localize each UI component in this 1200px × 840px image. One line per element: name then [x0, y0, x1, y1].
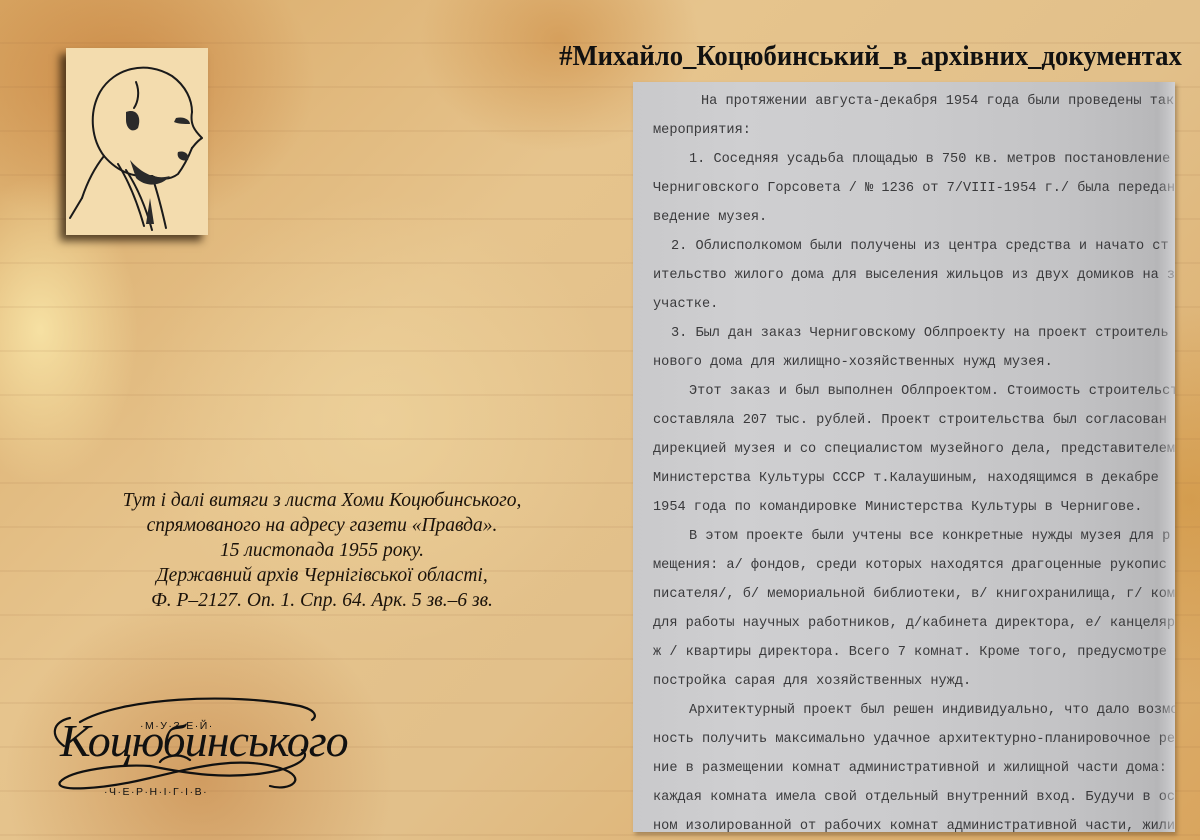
- document-line: ж / квартиры директора. Всего 7 комнат. …: [653, 643, 1175, 672]
- document-line: ном изолированной от рабочих комнат адми…: [653, 817, 1175, 832]
- document-line: На протяжении августа-декабря 1954 года …: [653, 92, 1175, 121]
- document-line: ность получить максимально удачное архит…: [653, 730, 1175, 759]
- portrait-frame: [66, 48, 208, 235]
- document-line: нового дома для жилищно-хозяйственных ну…: [653, 353, 1175, 382]
- document-line: 1954 года по командировке Министерства К…: [653, 498, 1175, 527]
- document-line: каждая комната имела свой отдельный внут…: [653, 788, 1175, 817]
- document-line: В этом проекте были учтены все конкретны…: [653, 527, 1175, 556]
- document-line: ние в размещении комнат административной…: [653, 759, 1175, 788]
- archive-caption: Тут і далі витяги з листа Хоми Коцюбинсь…: [58, 488, 586, 613]
- logo-bottom-label: ·Ч·Е·Р·Н·І·Г·І·В·: [104, 786, 208, 798]
- logo-script-name: Коцюбинського: [60, 714, 348, 767]
- museum-logo: ·М·У·З·Е·Й· Коцюбинського ·Ч·Е·Р·Н·І·Г·І…: [40, 686, 350, 806]
- document-line: 2. Облисполкомом были получены из центра…: [653, 237, 1175, 266]
- document-line: мероприятия:: [653, 121, 1175, 150]
- document-line: составляла 207 тыс. рублей. Проект строи…: [653, 411, 1175, 440]
- document-line: Этот заказ и был выполнен Облпроектом. С…: [653, 382, 1175, 411]
- document-line: ведение музея.: [653, 208, 1175, 237]
- caption-line: 15 листопада 1955 року.: [58, 538, 586, 563]
- document-line: писателя/, б/ мемориальной библиотеки, в…: [653, 585, 1175, 614]
- document-line: участке.: [653, 295, 1175, 324]
- document-line: Министерства Культуры СССР т.Калаушиным,…: [653, 469, 1175, 498]
- caption-line: Державний архів Чернігівської області,: [58, 563, 586, 588]
- caption-line: Ф. Р–2127. Оп. 1. Спр. 64. Арк. 5 зв.–6 …: [58, 588, 586, 613]
- caption-line: Тут і далі витяги з листа Хоми Коцюбинсь…: [58, 488, 586, 513]
- document-line: 3. Был дан заказ Черниговскому Облпроект…: [653, 324, 1175, 353]
- document-line: ительство жилого дома для выселения жиль…: [653, 266, 1175, 295]
- document-line: Архитектурный проект был решен индивидуа…: [653, 701, 1175, 730]
- document-line: дирекцией музея и со специалистом музейн…: [653, 440, 1175, 469]
- archival-document-photo: На протяжении августа-декабря 1954 года …: [633, 82, 1175, 832]
- document-line: для работы научных работников, д/кабинет…: [653, 614, 1175, 643]
- document-line: Черниговского Горсовета / № 1236 от 7/VI…: [653, 179, 1175, 208]
- caption-line: спрямованого на адресу газети «Правда».: [58, 513, 586, 538]
- document-line: 1. Соседняя усадьба площадью в 750 кв. м…: [653, 150, 1175, 179]
- page-title-hashtag: #Михайло_Коцюбинський_в_архівних_докумен…: [559, 40, 1182, 73]
- portrait-sketch-icon: [66, 48, 208, 235]
- document-line: мещения: а/ фондов, среди которых находя…: [653, 556, 1175, 585]
- document-line: постройка сарая для хозяйственных нужд.: [653, 672, 1175, 701]
- document-text: На протяжении августа-декабря 1954 года …: [653, 92, 1175, 832]
